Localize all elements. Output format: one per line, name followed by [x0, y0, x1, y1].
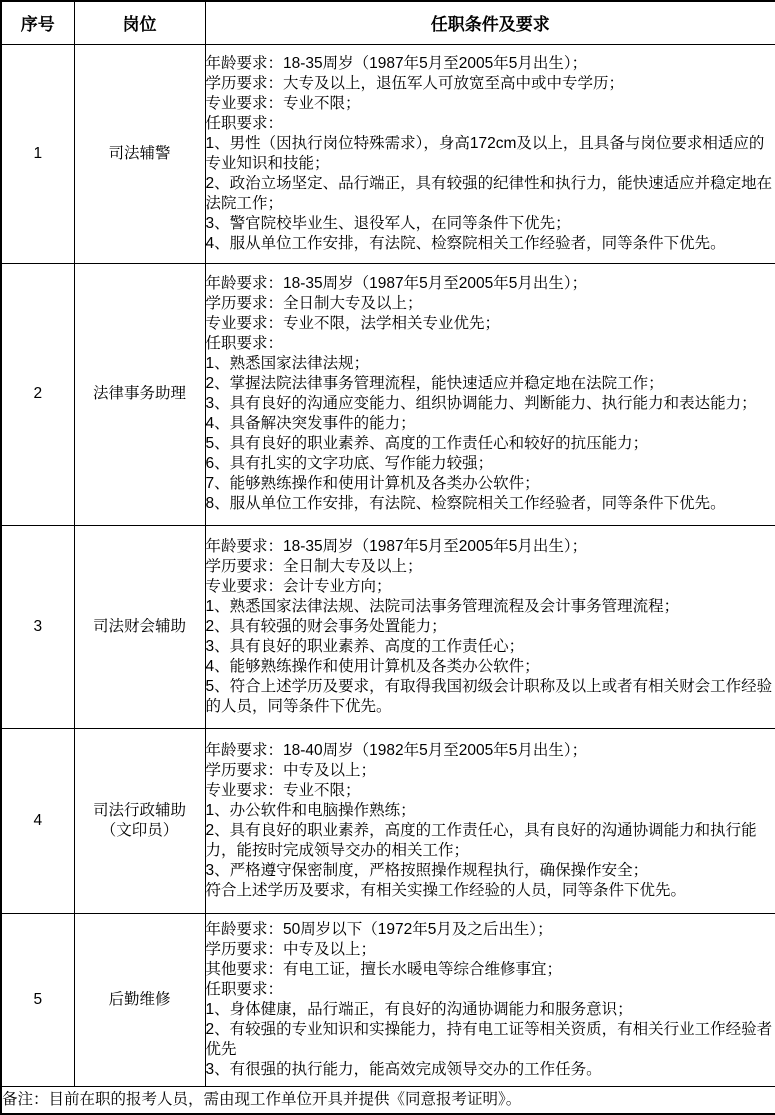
- requirements-cell: 年龄要求：18-35周岁（1987年5月至2005年5月出生）；学历要求：大专及…: [205, 44, 775, 263]
- header-serial-number: 序号: [1, 1, 74, 44]
- requirement-line: 4、服从单位工作安排，有法院、检察院相关工作经验者，同等条件下优先。: [206, 234, 775, 254]
- requirement-line: 专业要求：专业不限；: [206, 781, 775, 801]
- requirement-line: 任职要求：: [206, 114, 775, 134]
- requirement-line: 3、警官院校毕业生、退役军人，在同等条件下优先；: [206, 214, 775, 234]
- row-serial-number: 2: [1, 263, 74, 525]
- requirement-line: 任职要求：: [206, 980, 775, 1000]
- header-row: 序号 岗位 任职条件及要求: [1, 1, 775, 44]
- requirement-line: 专业要求：会计专业方向；: [206, 577, 775, 597]
- requirement-line: 2、具有良好的职业素养，高度的工作责任心，具有良好的沟通协调能力和执行能力，能按…: [206, 821, 775, 861]
- requirement-line: 学历要求：中专及以上；: [206, 761, 775, 781]
- requirements-cell: 年龄要求：18-35周岁（1987年5月至2005年5月出生）；学历要求：全日制…: [205, 525, 775, 728]
- requirement-line: 学历要求：大专及以上，退伍军人可放宽至高中或中专学历；: [206, 74, 775, 94]
- requirements-cell: 年龄要求：18-40周岁（1982年5月至2005年5月出生）；学历要求：中专及…: [205, 728, 775, 913]
- requirement-line: 符合上述学历及要求，有相关实操工作经验的人员，同等条件下优先。: [206, 881, 775, 901]
- requirement-line: 1、男性（因执行岗位特殊需求），身高172cm及以上，且具备与岗位要求相适应的专…: [206, 134, 775, 174]
- requirement-line: 2、具有较强的财会事务处置能力；: [206, 617, 775, 637]
- requirement-line: 2、有较强的专业知识和实操能力，持有电工证等相关资质，有相关行业工作经验者优先: [206, 1020, 775, 1060]
- requirement-line: 专业要求：专业不限；: [206, 94, 775, 114]
- position-name: 后勤维修: [74, 913, 205, 1086]
- requirement-line: 1、身体健康，品行端正，有良好的沟通协调能力和服务意识；: [206, 1000, 775, 1020]
- requirement-line: 7、能够熟练操作和使用计算机及各类办公软件；: [206, 474, 775, 494]
- requirement-line: 年龄要求：18-35周岁（1987年5月至2005年5月出生）；: [206, 274, 775, 294]
- requirement-line: 8、服从单位工作安排，有法院、检察院相关工作经验者，同等条件下优先。: [206, 494, 775, 514]
- requirement-line: 4、能够熟练操作和使用计算机及各类办公软件；: [206, 657, 775, 677]
- requirement-line: 3、具有良好的职业素养、高度的工作责任心；: [206, 637, 775, 657]
- requirement-line: 1、熟悉国家法律法规、法院司法事务管理流程及会计事务管理流程；: [206, 597, 775, 617]
- requirements-cell: 年龄要求：50周岁以下（1972年5月及之后出生）；学历要求：中专及以上；其他要…: [205, 913, 775, 1086]
- requirement-line: 5、符合上述学历及要求，有取得我国初级会计职称及以上或者有相关财会工作经验的人员…: [206, 677, 775, 717]
- table-row: 3司法财会辅助年龄要求：18-35周岁（1987年5月至2005年5月出生）；学…: [1, 525, 775, 728]
- requirement-line: 年龄要求：18-35周岁（1987年5月至2005年5月出生）；: [206, 54, 775, 74]
- requirement-line: 3、具有良好的沟通应变能力、组织协调能力、判断能力、执行能力和表达能力；: [206, 394, 775, 414]
- row-serial-number: 3: [1, 525, 74, 728]
- requirement-line: 2、政治立场坚定、品行端正，具有较强的纪律性和执行力，能快速适应并稳定地在法院工…: [206, 174, 775, 214]
- requirement-line: 任职要求：: [206, 334, 775, 354]
- requirement-line: 4、具备解决突发事件的能力；: [206, 414, 775, 434]
- requirement-line: 2、掌握法院法律事务管理流程，能快速适应并稳定地在法院工作；: [206, 374, 775, 394]
- requirement-line: 学历要求：中专及以上；: [206, 940, 775, 960]
- requirement-line: 专业要求：专业不限，法学相关专业优先；: [206, 314, 775, 334]
- table-row: 2法律事务助理年龄要求：18-35周岁（1987年5月至2005年5月出生）；学…: [1, 263, 775, 525]
- requirement-line: 3、有很强的执行能力，能高效完成领导交办的工作任务。: [206, 1060, 775, 1080]
- requirement-line: 其他要求：有电工证，擅长水暖电等综合维修事宜；: [206, 960, 775, 980]
- requirement-line: 6、具有扎实的文字功底、写作能力较强；: [206, 454, 775, 474]
- row-serial-number: 4: [1, 728, 74, 913]
- requirement-line: 年龄要求：50周岁以下（1972年5月及之后出生）；: [206, 920, 775, 940]
- requirements-cell: 年龄要求：18-35周岁（1987年5月至2005年5月出生）；学历要求：全日制…: [205, 263, 775, 525]
- requirement-line: 学历要求：全日制大专及以上；: [206, 294, 775, 314]
- table-body: 1司法辅警年龄要求：18-35周岁（1987年5月至2005年5月出生）；学历要…: [1, 44, 775, 1086]
- header-requirements: 任职条件及要求: [205, 1, 775, 44]
- position-name: 司法行政辅助 （文印员）: [74, 728, 205, 913]
- table-row: 1司法辅警年龄要求：18-35周岁（1987年5月至2005年5月出生）；学历要…: [1, 44, 775, 263]
- requirement-line: 学历要求：全日制大专及以上；: [206, 557, 775, 577]
- requirement-line: 年龄要求：18-40周岁（1982年5月至2005年5月出生）；: [206, 741, 775, 761]
- footer-note: 备注：目前在职的报考人员，需由现工作单位开具并提供《同意报考证明》。: [1, 1086, 775, 1114]
- requirement-line: 1、熟悉国家法律法规；: [206, 354, 775, 374]
- position-name: 司法辅警: [74, 44, 205, 263]
- footer-row: 备注：目前在职的报考人员，需由现工作单位开具并提供《同意报考证明》。: [1, 1086, 775, 1114]
- requirement-line: 年龄要求：18-35周岁（1987年5月至2005年5月出生）；: [206, 537, 775, 557]
- row-serial-number: 5: [1, 913, 74, 1086]
- requirement-line: 1、办公软件和电脑操作熟练；: [206, 801, 775, 821]
- recruitment-table: 序号 岗位 任职条件及要求 1司法辅警年龄要求：18-35周岁（1987年5月至…: [0, 0, 775, 1115]
- header-position: 岗位: [74, 1, 205, 44]
- position-name: 司法财会辅助: [74, 525, 205, 728]
- row-serial-number: 1: [1, 44, 74, 263]
- position-name: 法律事务助理: [74, 263, 205, 525]
- table-row: 5后勤维修年龄要求：50周岁以下（1972年5月及之后出生）；学历要求：中专及以…: [1, 913, 775, 1086]
- requirement-line: 3、严格遵守保密制度，严格按照操作规程执行，确保操作安全；: [206, 861, 775, 881]
- requirement-line: 5、具有良好的职业素养、高度的工作责任心和较好的抗压能力；: [206, 434, 775, 454]
- table-row: 4司法行政辅助 （文印员）年龄要求：18-40周岁（1982年5月至2005年5…: [1, 728, 775, 913]
